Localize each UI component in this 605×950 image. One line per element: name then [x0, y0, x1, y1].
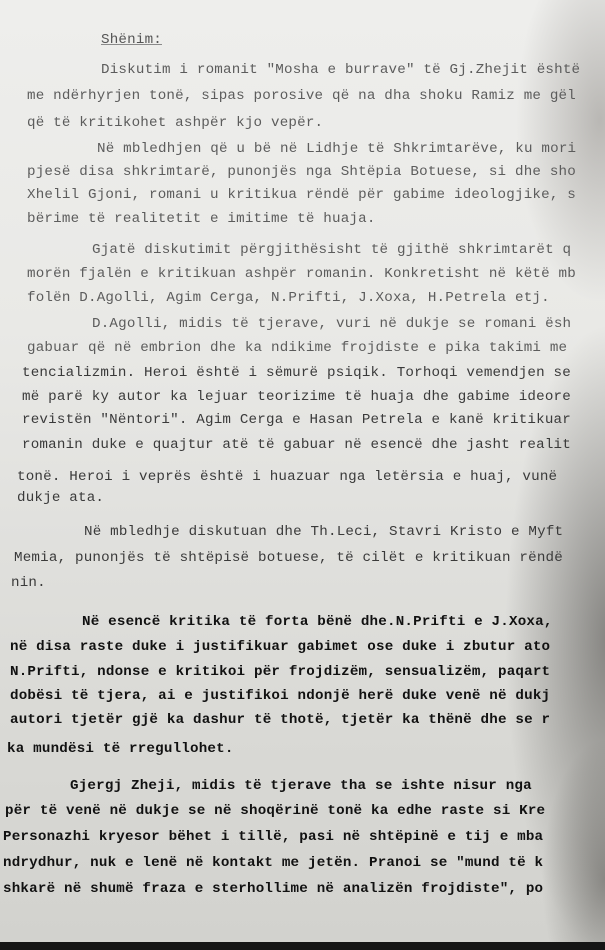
text-line: gabuar që në embrion dhe ka ndikime froj…	[27, 339, 567, 357]
text-line: Diskutim i romanit "Mosha e burrave" të …	[101, 61, 580, 79]
text-line: Xhelil Gjoni, romani u kritikua rëndë pë…	[27, 186, 576, 204]
typewritten-document-page: Shënim: Diskutim i romanit "Mosha e burr…	[0, 0, 605, 942]
text-line: tonë. Heroi i veprës është i huazuar nga…	[17, 468, 557, 486]
text-line: revistën "Nëntori". Agim Cerga e Hasan P…	[22, 411, 571, 429]
text-line: D.Agolli, midis të tjerave, vuri në dukj…	[92, 315, 571, 333]
bottom-dark-band	[0, 942, 605, 950]
text-line: Gjatë diskutimit përgjithësisht të gjith…	[92, 241, 571, 259]
text-line: Gjergj Zheji, midis të tjerave tha se is…	[70, 777, 532, 795]
text-line: Personazhi kryesor bëhet i tillë, pasi n…	[3, 828, 543, 846]
text-line: shkarë në shumë fraza e sterhollime në a…	[3, 880, 543, 898]
text-line: nin.	[11, 574, 46, 592]
text-line: Në mbledhje diskutuan dhe Th.Leci, Stavr…	[84, 523, 563, 541]
text-line: më parë ky autor ka lejuar teorizime të …	[22, 388, 571, 406]
text-line: në disa raste duke i justifikuar gabimet…	[10, 638, 550, 656]
text-line: Në esencë kritika të forta bënë dhe.N.Pr…	[82, 613, 553, 631]
text-line: me ndërhyrjen tonë, sipas porosive që na…	[27, 87, 576, 105]
document-heading: Shënim:	[101, 31, 162, 49]
text-line: dukje ata.	[17, 489, 104, 507]
text-line: N.Prifti, ndonse e kritikoi për frojdizë…	[10, 663, 550, 681]
text-line: Në mbledhjen që u bë në Lidhje të Shkrim…	[97, 140, 576, 158]
text-line: ka mundësi të rregullohet.	[7, 740, 234, 758]
text-line: romanin duke e quajtur atë të gabuar në …	[22, 436, 571, 454]
text-line: dobësi të tjera, ai e justifikoi ndonjë …	[10, 687, 550, 705]
text-line: tencializmin. Heroi është i sëmurë psiqi…	[22, 364, 571, 382]
text-line: folën D.Agolli, Agim Cerga, N.Prifti, J.…	[27, 289, 550, 307]
text-line: që të kritikohet ashpër kjo vepër.	[27, 114, 323, 132]
text-line: pjesë disa shkrimtarë, punonjës nga Shtë…	[27, 163, 576, 181]
text-line: morën fjalën e kritikuan ashpër romanin.…	[27, 265, 576, 283]
text-line: bërime të realitetit e imitime të huaja.	[27, 210, 376, 228]
text-line: Memia, punonjës të shtëpisë botuese, të …	[14, 549, 563, 567]
text-line: autori tjetër gjë ka dashur të thotë, tj…	[10, 711, 550, 729]
text-line: ndrydhur, nuk e lenë në kontakt me jetën…	[3, 854, 543, 872]
text-line: për të venë në dukje se në shoqërinë ton…	[5, 802, 545, 820]
